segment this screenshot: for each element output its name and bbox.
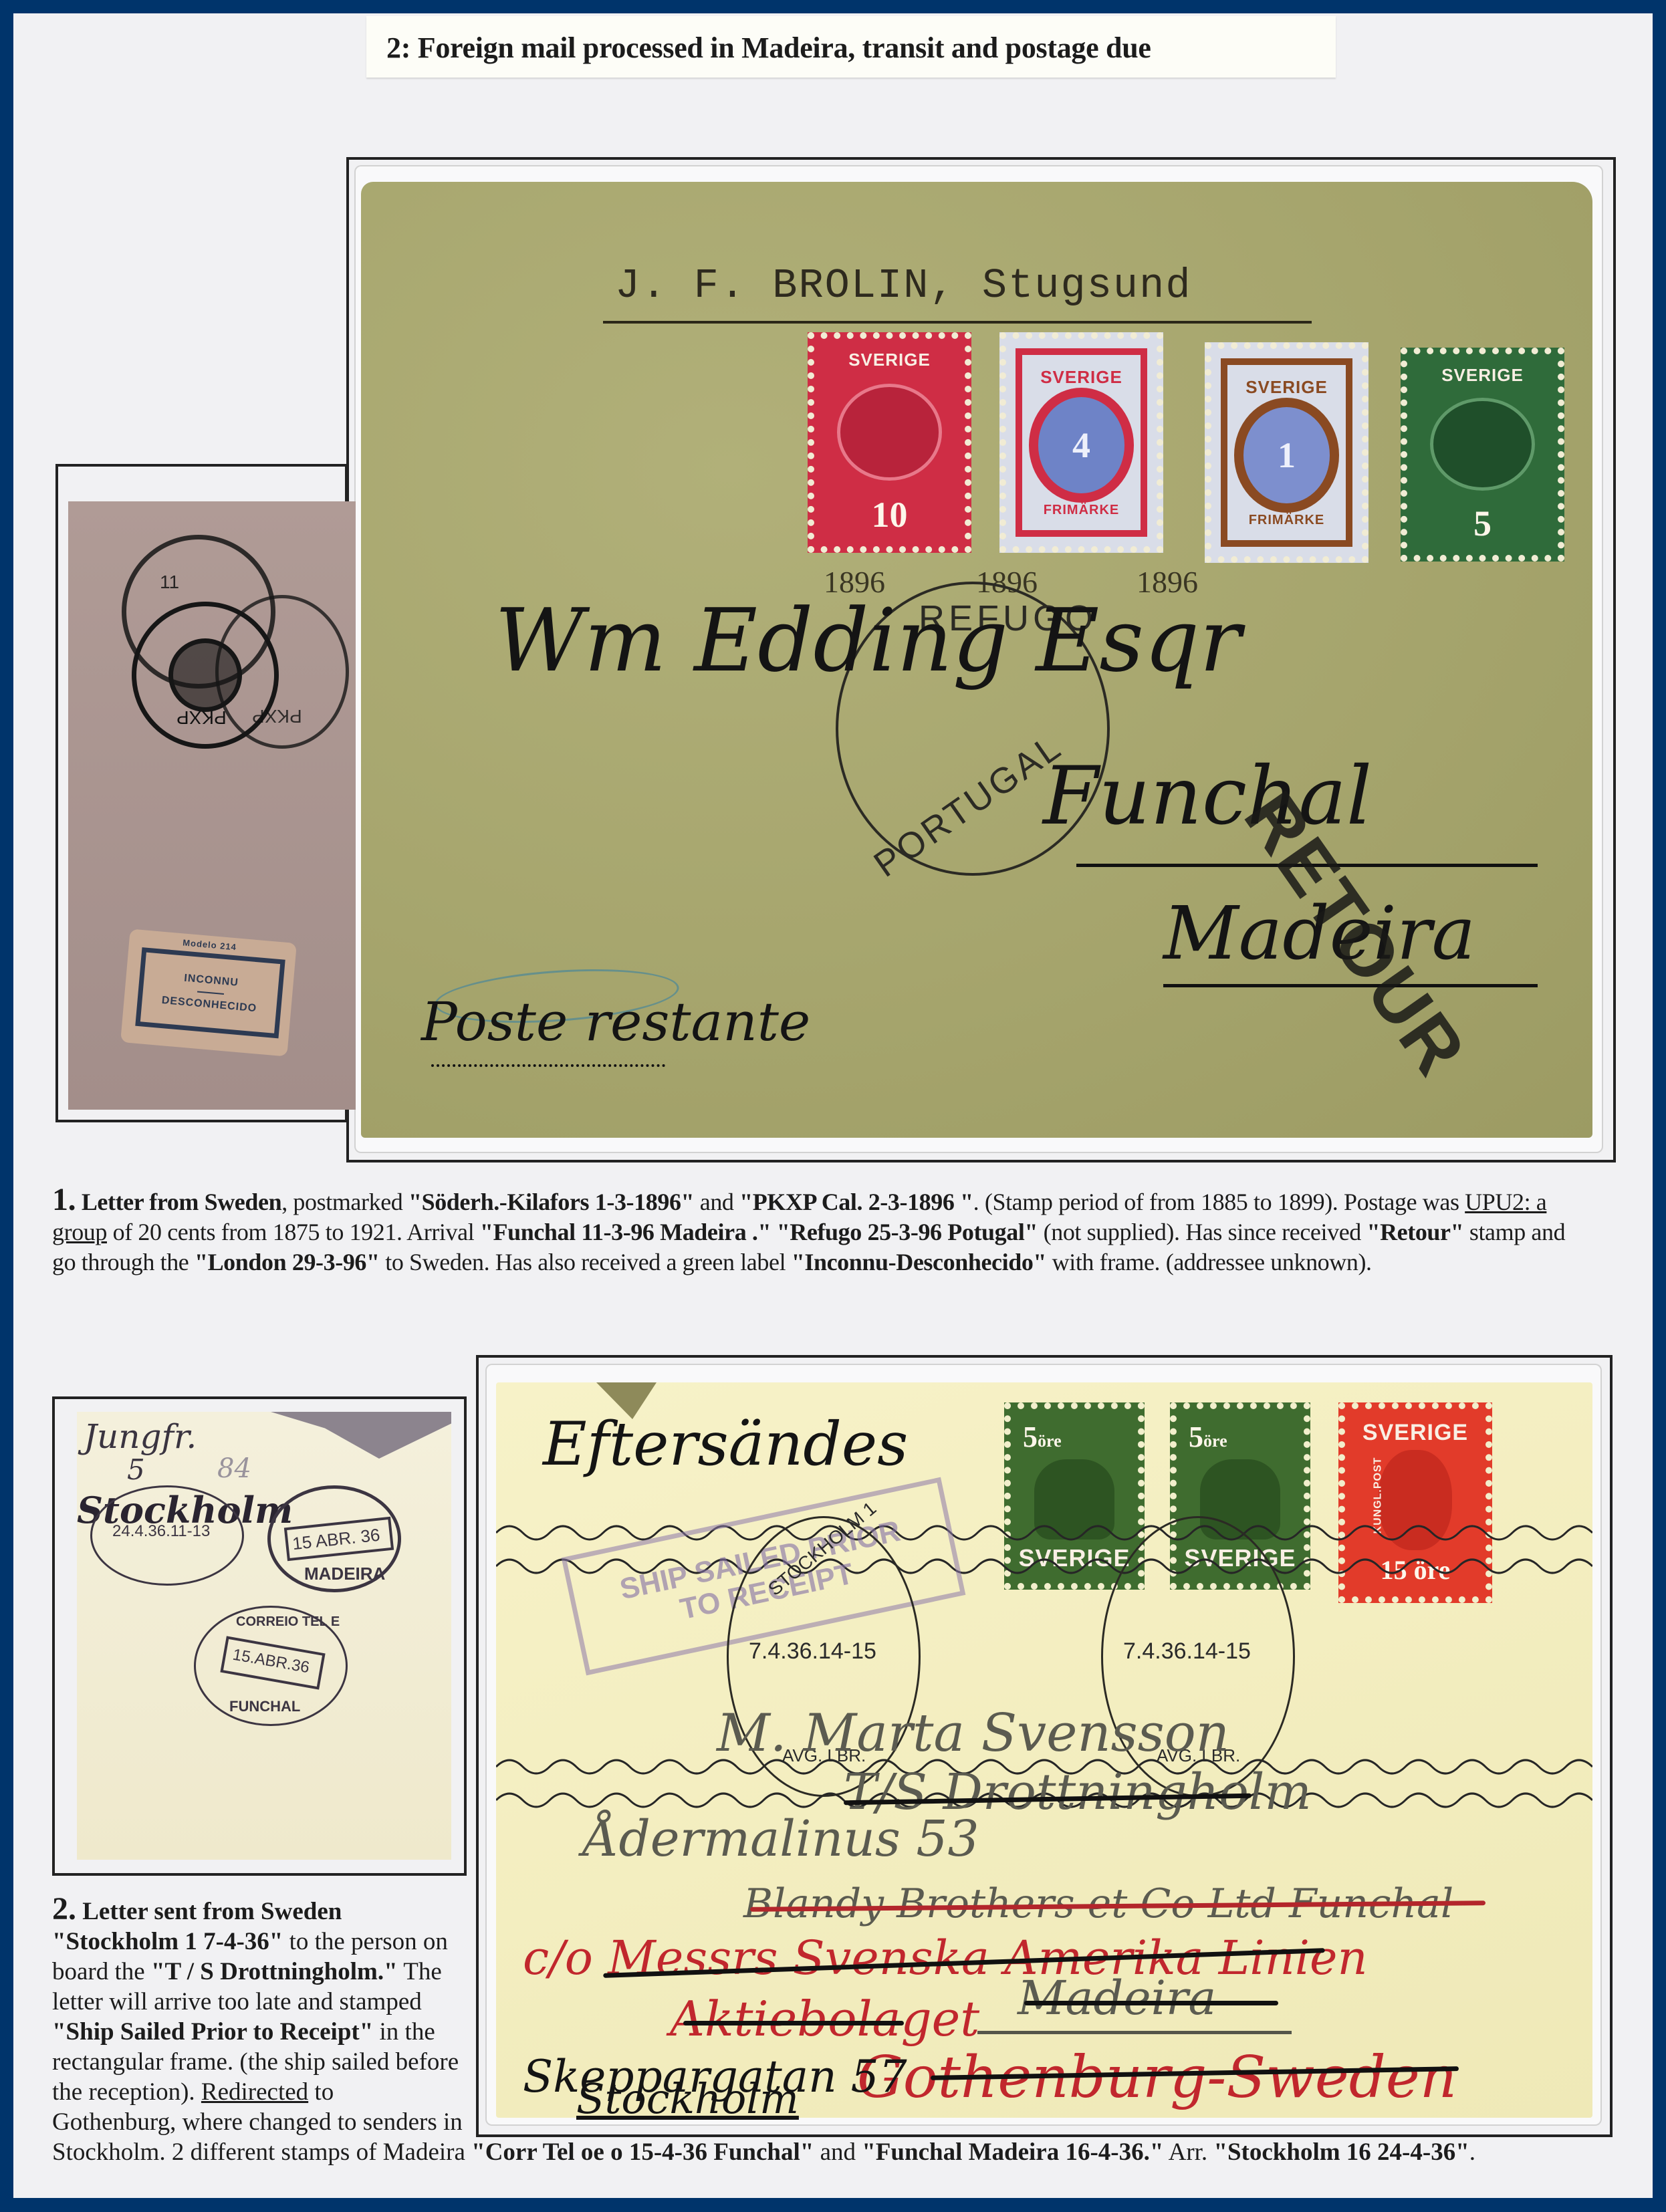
page-title: 2: Foreign mail processed in Madeira, tr… <box>386 31 1151 65</box>
numeral-oval-icon: 1 <box>1234 398 1340 513</box>
stamp-1-ore: SVERIGE 1 FRIMÄRKE <box>1205 342 1368 563</box>
caption-2: 2. Letter sent from Sweden "Stockholm 1 … <box>52 1894 1603 2167</box>
poste-restante-note: Poste restante <box>421 991 810 1053</box>
page-title-strip: 2: Foreign mail processed in Madeira, tr… <box>366 16 1336 78</box>
forward-note: Eftersändes <box>543 1409 908 1479</box>
stamp-4-ore: SVERIGE 4 FRIMÄRKE <box>999 332 1163 553</box>
back-card-2: Jungfr. 5 84 Stockholm 24.4.36.11-13 15 … <box>77 1412 451 1860</box>
envelope-1: J. F. BROLIN, Stugsund SVERIGE 10 SVERIG… <box>361 182 1592 1138</box>
stamp-10-ore: SVERIGE 10 <box>808 332 971 553</box>
stockholm-arrival-postmark: 24.4.36.11-13 <box>90 1485 244 1586</box>
sender-imprint: J. F. BROLIN, Stugsund <box>615 262 1192 310</box>
caption-2-float-spacer <box>463 1894 1603 2124</box>
note-underline <box>431 1058 665 1067</box>
address-line: M. Marta Svensson <box>717 1703 1229 1763</box>
stamp-5-ore: SVERIGE 5 <box>1401 348 1564 562</box>
funchal-madeira-postmark: 15 ABR. 36 MADEIRA <box>267 1485 401 1592</box>
king-portrait-icon <box>837 384 942 481</box>
sender-underline <box>603 321 1312 324</box>
address-line: Wm Edding Esqr <box>495 590 1241 691</box>
back-card-1: 11 PKXP PKXP Modelo 214 INCONNU DESCONHE… <box>68 501 356 1110</box>
caption-1-text: Letter from Sweden, postmarked "Söderh.-… <box>52 1189 1565 1275</box>
address-line: Ådermalinus 53 <box>583 1810 979 1868</box>
king-portrait-icon <box>1430 398 1535 491</box>
torn-flap <box>271 1412 451 1459</box>
numeral-oval-icon: 4 <box>1029 388 1135 503</box>
inconnu-label: Modelo 214 INCONNU DESCONHECIDO <box>120 929 297 1056</box>
correio-tel-funchal-postmark: CORREIO TEL E 15.ABR.36 FUNCHAL <box>194 1606 348 1726</box>
album-page: 2: Foreign mail processed in Madeira, tr… <box>13 13 1653 2198</box>
postmark-icon <box>168 638 242 712</box>
caption-1: 1. Letter from Sweden, postmarked "Söder… <box>52 1185 1590 1277</box>
